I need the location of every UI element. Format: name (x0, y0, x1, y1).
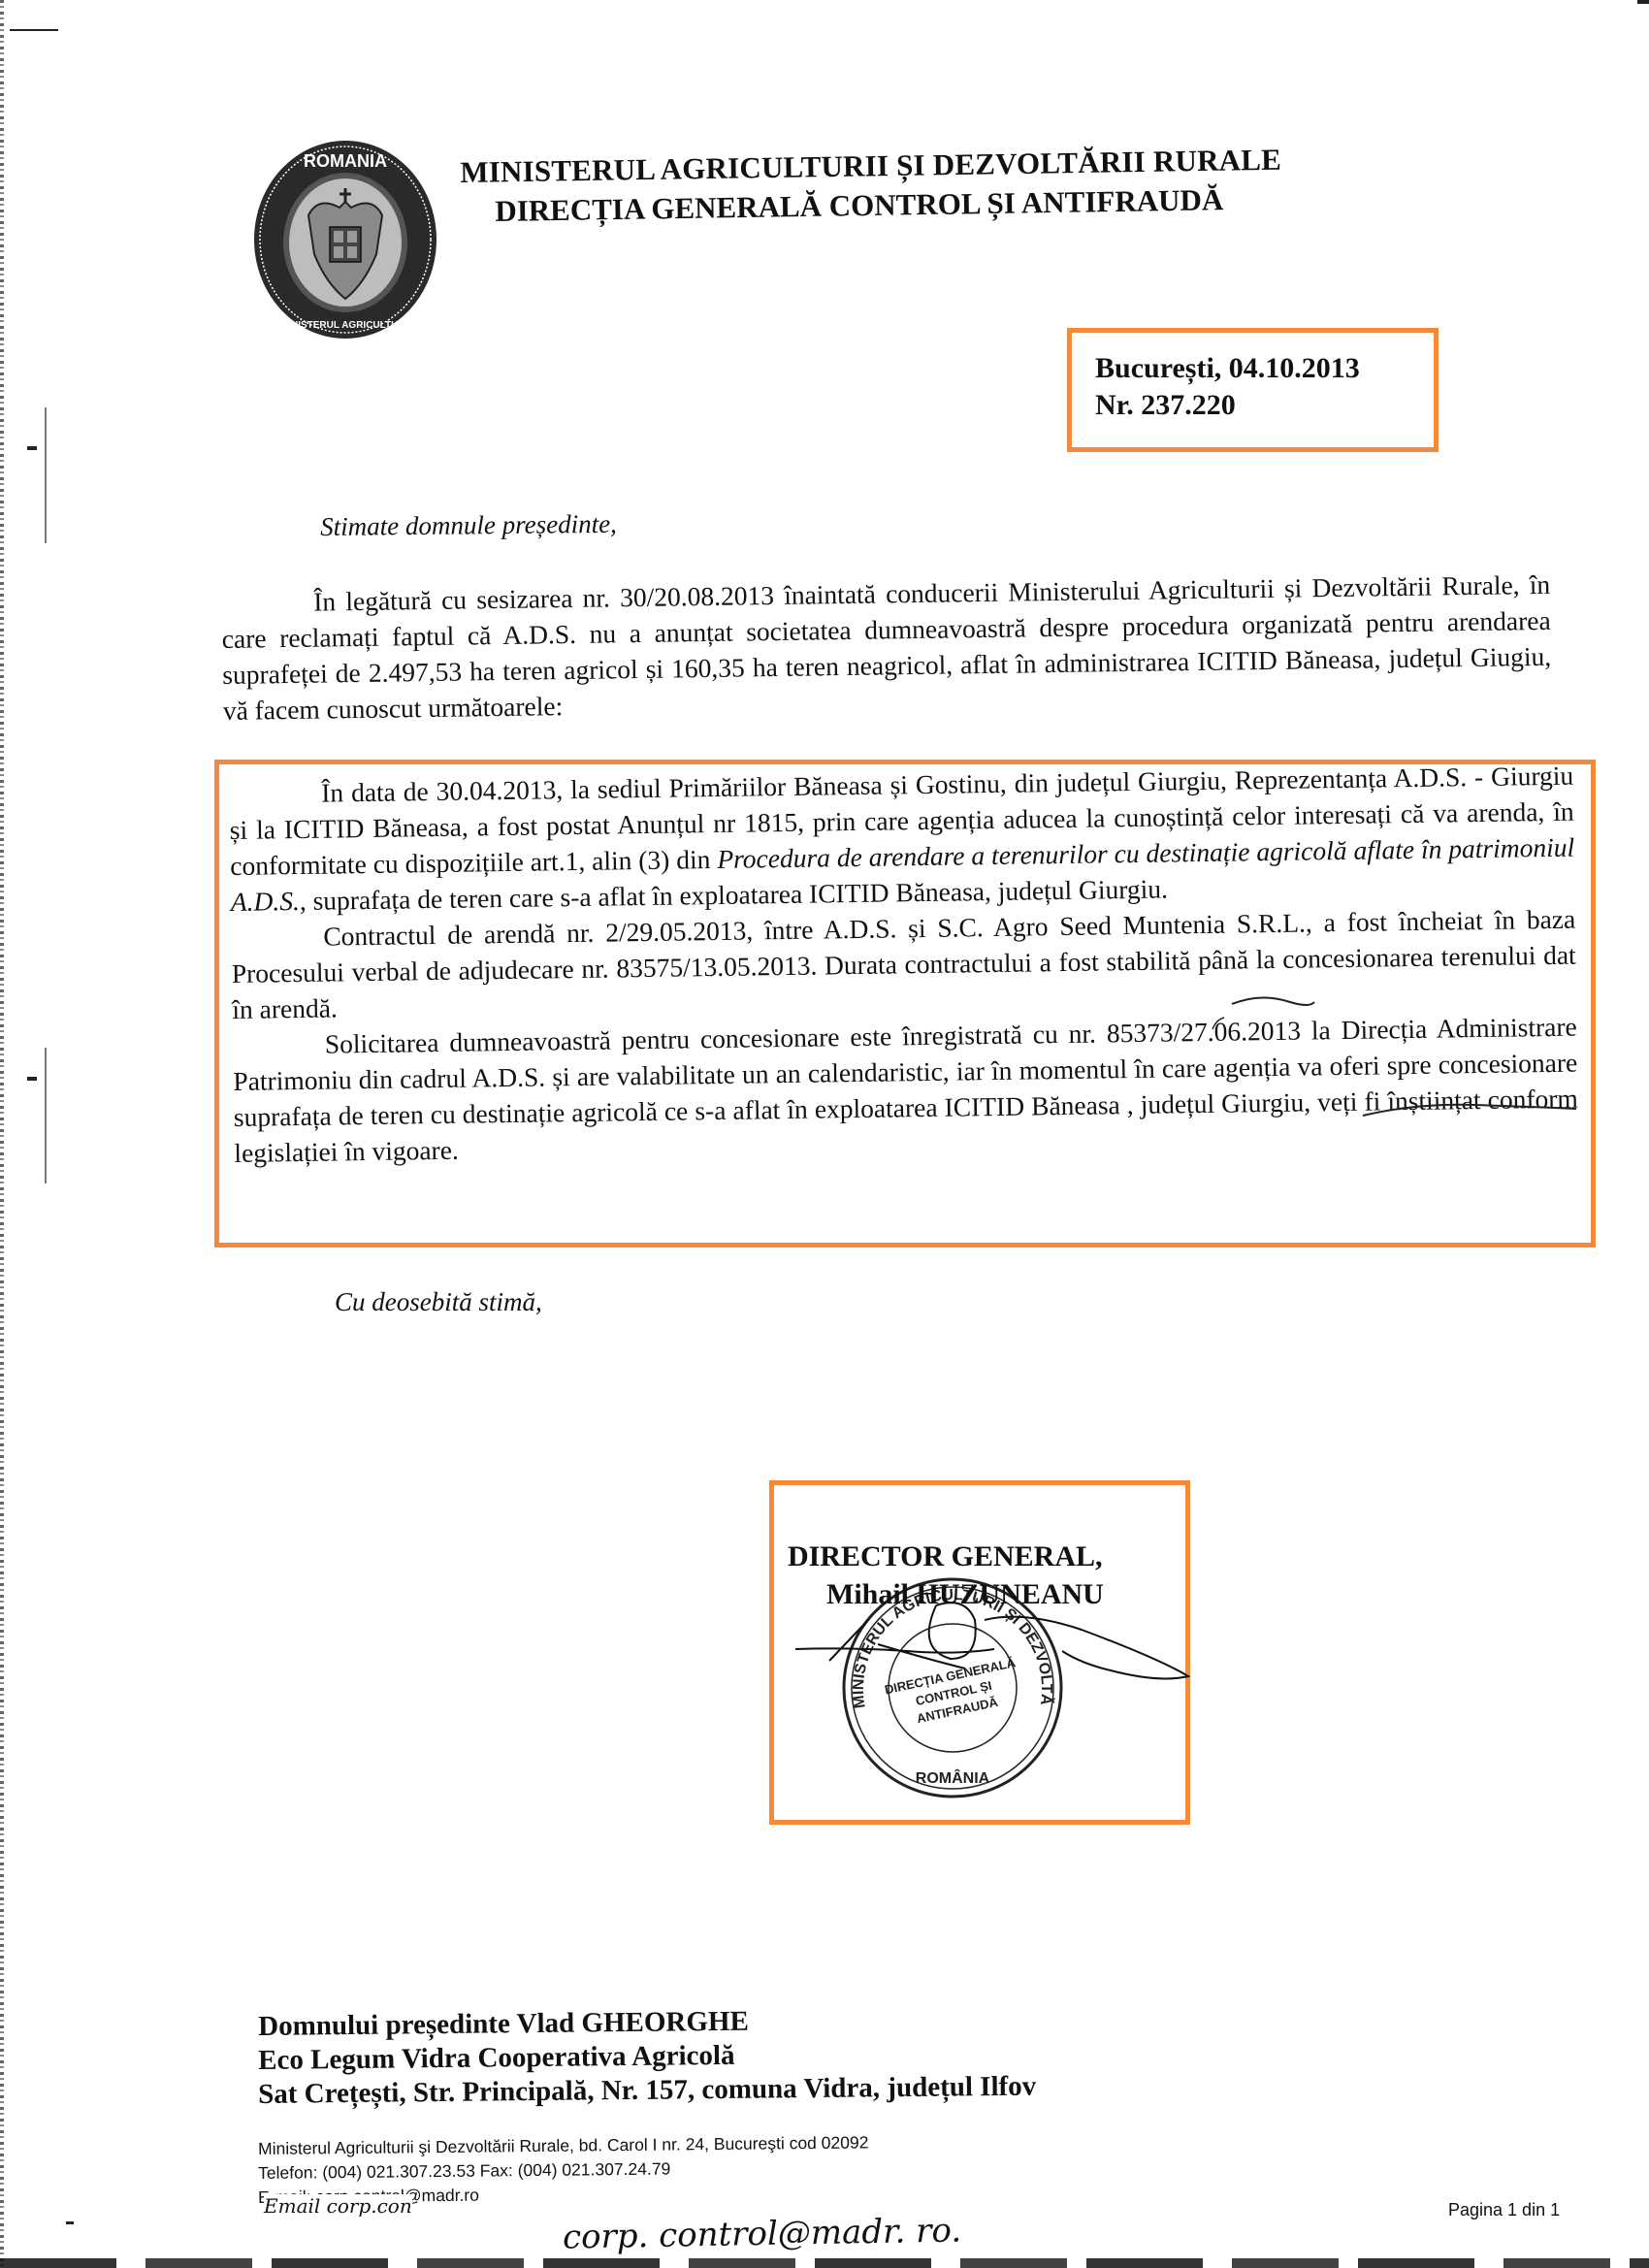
handwritten-email: corp. control@madr. ro. (563, 2211, 962, 2256)
svg-text:ROMANIA: ROMANIA (304, 151, 387, 171)
request-paragraph: Solicitarea dumneavoastră pentru concesi… (233, 1009, 1579, 1171)
recipient-address: Sat Crețești, Str. Principală, Nr. 157, … (258, 2071, 1036, 2111)
registration-number: Nr. 237.220 (1095, 389, 1236, 422)
contract-paragraph: Contractul de arendă nr. 2/29.05.2013, î… (231, 901, 1576, 1027)
svg-text:MINISTERUL AGRICULTURII: MINISTERUL AGRICULTURII (280, 320, 410, 331)
date-reference-box: București, 04.10.2013 Nr. 237.220 (1067, 328, 1439, 452)
scan-speck (45, 407, 47, 543)
recipient-name: Domnului președinte Vlad GHEORGHE (258, 2006, 749, 2043)
scan-speck (1637, 0, 1649, 4)
handwritten-underline-mark (1203, 994, 1339, 1033)
greeting: Stimate domnule președinte, (320, 509, 617, 542)
scan-edge-artifact (0, 0, 4, 2268)
scan-bottom-edge (0, 2258, 1649, 2268)
closing-salutation: Cu deosebită stimă, (335, 1287, 542, 1317)
svg-text:ROMÂNIA: ROMÂNIA (916, 1768, 990, 1787)
signatory-title: DIRECTOR GENERAL, (788, 1540, 1103, 1573)
intro-paragraph: În legătură cu sesizarea nr. 30/20.08.20… (221, 567, 1552, 729)
scan-speck (66, 2221, 74, 2224)
scan-speck (27, 1077, 37, 1081)
scan-speck (45, 1048, 47, 1183)
signature-icon (791, 1591, 1198, 1707)
romania-coat-of-arms-seal-icon: ROMANIA MINISTERUL AGRICULTURII (250, 138, 440, 341)
handwritten-underline-mark (1358, 1101, 1581, 1120)
footer-address: Ministerul Agriculturii şi Dezvoltării R… (258, 2132, 868, 2159)
scan-speck (10, 29, 58, 31)
ministry-seal-logo: ROMANIA MINISTERUL AGRICULTURII (250, 138, 440, 341)
footer-phone: Telefon: (004) 021.307.23.53 Fax: (004) … (258, 2159, 670, 2184)
scan-speck (27, 446, 37, 450)
handwritten-email-note: Email corp.con (264, 2194, 412, 2218)
recipient-organization: Eco Legum Vidra Cooperativa Agricolă (258, 2040, 735, 2077)
directorate-name: DIRECȚIA GENERALĂ CONTROL ȘI ANTIFRAUDĂ (495, 182, 1224, 229)
page-number: Pagina 1 din 1 (1448, 2200, 1560, 2220)
place-date: București, 04.10.2013 (1095, 352, 1360, 385)
announcement-paragraph: În data de 30.04.2013, la sediul Primări… (229, 758, 1575, 920)
intro-text: În legătură cu sesizarea nr. 30/20.08.20… (221, 567, 1552, 729)
